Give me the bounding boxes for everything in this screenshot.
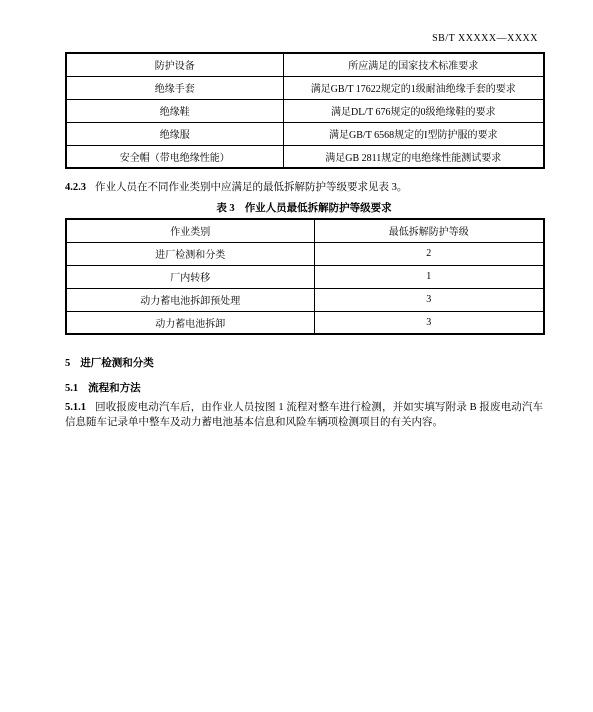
clause-number: 4.2.3 [65,182,86,193]
section-number: 5 [65,358,70,369]
table-cell: 动力蓄电池拆卸预处理 [66,288,314,311]
table-header-cell: 最低拆解防护等级 [314,219,544,242]
table-row: 绝缘鞋 满足DL/T 676规定的0级绝缘鞋的要求 [66,99,544,122]
table-cell: 厂内转移 [66,265,314,288]
table-cell: 绝缘服 [66,122,283,145]
table-cell: 2 [314,242,544,265]
table-cell: 满足DL/T 676规定的0级绝缘鞋的要求 [283,99,544,122]
document-page: SB/T XXXXX—XXXX 防护设备 所应满足的国家技术标准要求 绝缘手套 … [0,0,593,712]
table-row: 进厂检测和分类 2 [66,242,544,265]
clause-text: 回收报废电动汽车后，由作业人员按图 1 流程对整车进行检测，并如实填写附录 B … [65,402,543,428]
protection-grade-table: 作业类别 最低拆解防护等级 进厂检测和分类 2 厂内转移 1 动力蓄电池拆卸预处… [65,218,545,335]
table-cell: 3 [314,311,544,334]
clause-text: 作业人员在不同作业类别中应满足的最低拆解防护等级要求见表 3。 [95,182,407,193]
table-cell: 进厂检测和分类 [66,242,314,265]
table-header-row: 作业类别 最低拆解防护等级 [66,219,544,242]
table-row: 绝缘手套 满足GB/T 17622规定的1级耐油绝缘手套的要求 [66,76,544,99]
table-row: 动力蓄电池拆卸 3 [66,311,544,334]
clause-5-1-1: 5.1.1回收报废电动汽车后，由作业人员按图 1 流程对整车进行检测，并如实填写… [65,401,543,430]
table-header-row: 防护设备 所应满足的国家技术标准要求 [66,53,544,76]
table-cell: 绝缘手套 [66,76,283,99]
doc-number-header: SB/T XXXXX—XXXX [432,33,538,44]
table-header-cell: 防护设备 [66,53,283,76]
table-row: 绝缘服 满足GB/T 6568规定的I型防护服的要求 [66,122,544,145]
table-3-caption: 表 3作业人员最低拆解防护等级要求 [65,200,543,215]
section-title: 流程和方法 [88,383,141,394]
table-cell: 满足GB 2811规定的电绝缘性能测试要求 [283,145,544,168]
clause-4-2-3: 4.2.3作业人员在不同作业类别中应满足的最低拆解防护等级要求见表 3。 [65,181,543,196]
table-row: 动力蓄电池拆卸预处理 3 [66,288,544,311]
table-cell: 绝缘鞋 [66,99,283,122]
table-cell: 3 [314,288,544,311]
table-cell: 满足GB/T 17622规定的1级耐油绝缘手套的要求 [283,76,544,99]
table-row: 安全帽（带电绝缘性能） 满足GB 2811规定的电绝缘性能测试要求 [66,145,544,168]
table-caption-title: 作业人员最低拆解防护等级要求 [245,203,392,214]
protective-equipment-table: 防护设备 所应满足的国家技术标准要求 绝缘手套 满足GB/T 17622规定的1… [65,52,545,169]
table-cell: 满足GB/T 6568规定的I型防护服的要求 [283,122,544,145]
table-header-cell: 所应满足的国家技术标准要求 [283,53,544,76]
section-5-heading: 5进厂检测和分类 [65,355,543,370]
table-row: 厂内转移 1 [66,265,544,288]
section-number: 5.1 [65,383,78,394]
clause-number: 5.1.1 [65,402,86,413]
table-cell: 1 [314,265,544,288]
section-title: 进厂检测和分类 [80,358,154,369]
table-header-cell: 作业类别 [66,219,314,242]
table-cell: 动力蓄电池拆卸 [66,311,314,334]
table-caption-label: 表 3 [216,203,234,214]
section-5-1-heading: 5.1流程和方法 [65,380,543,395]
table-cell: 安全帽（带电绝缘性能） [66,145,283,168]
